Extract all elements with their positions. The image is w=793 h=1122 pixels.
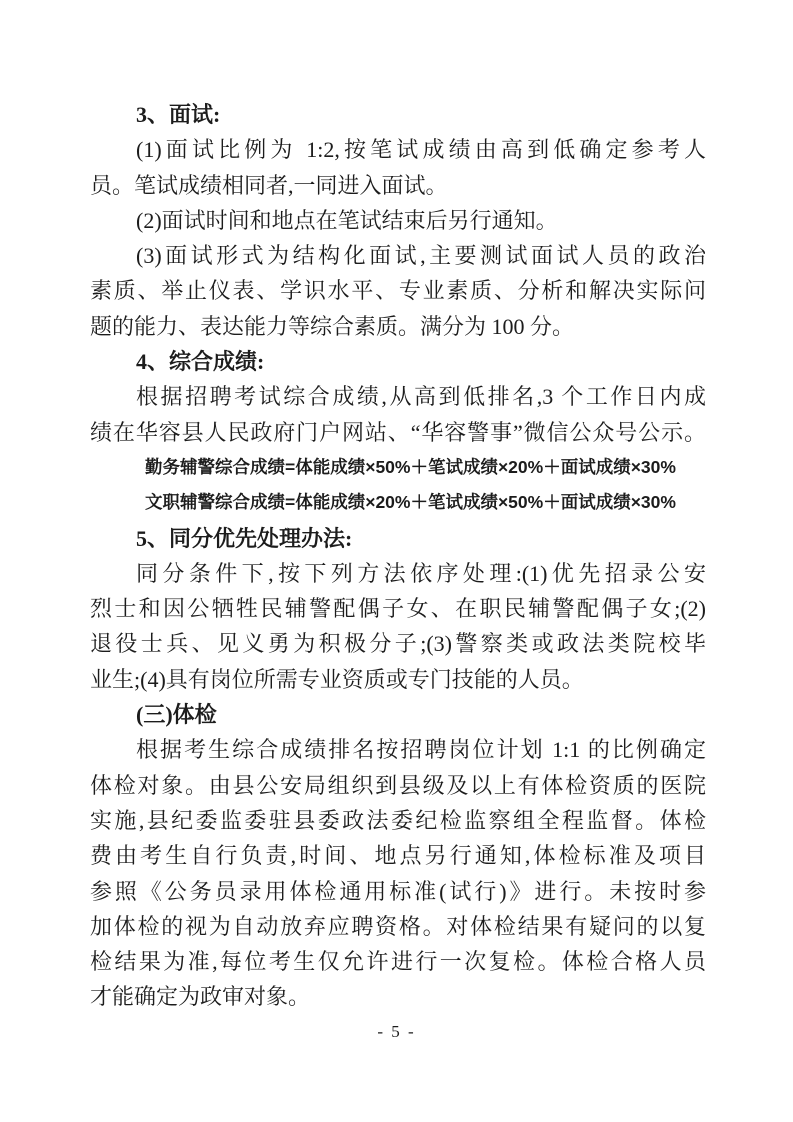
- text-line: 参照《公务员录用体检通用标准(试行)》进行。未按时参: [90, 874, 706, 909]
- text-line: 体检对象。由县公安局组织到县级及以上有体检资质的医院: [90, 768, 706, 803]
- text-line: (1)面试比例为 1:2,按笔试成绩由高到低确定参考人: [90, 132, 706, 167]
- text-line: 同分条件下,按下列方法依序处理:(1)优先招录公安: [90, 556, 706, 591]
- formula-clerical-auxiliary-police: 文职辅警综合成绩=体能成绩×20%＋笔试成绩×50%＋面试成绩×30%: [90, 485, 706, 520]
- formula-duty-auxiliary-police: 勤务辅警综合成绩=体能成绩×50%＋笔试成绩×20%＋面试成绩×30%: [90, 450, 706, 485]
- document-page: 3、面试: (1)面试比例为 1:2,按笔试成绩由高到低确定参考人 员。笔试成绩…: [0, 0, 793, 1122]
- text-line: 才能确定为政审对象。: [90, 979, 706, 1014]
- text-line: 业生;(4)具有岗位所需专业资质或专门技能的人员。: [90, 662, 706, 697]
- heading-physical-exam: (三)体检: [90, 697, 706, 732]
- text-line: 费由考生自行负责,时间、地点另行通知,体检标准及项目: [90, 838, 706, 873]
- text-line: (2)面试时间和地点在笔试结束后另行通知。: [90, 203, 706, 238]
- text-line: 加体检的视为自动放弃应聘资格。对体检结果有疑问的以复: [90, 909, 706, 944]
- text-line: 根据考生综合成绩排名按招聘岗位计划 1:1 的比例确定: [90, 732, 706, 767]
- document-body: 3、面试: (1)面试比例为 1:2,按笔试成绩由高到低确定参考人 员。笔试成绩…: [90, 97, 706, 1015]
- text-line: 员。笔试成绩相同者,一同进入面试。: [90, 168, 706, 203]
- text-line: (3)面试形式为结构化面试,主要测试面试人员的政治: [90, 238, 706, 273]
- text-line: 绩在华容县人民政府门户网站、“华容警事”微信公众号公示。: [90, 415, 706, 450]
- text-line: 检结果为准,每位考生仅允许进行一次复检。体检合格人员: [90, 944, 706, 979]
- text-line: 根据招聘考试综合成绩,从高到低排名,3 个工作日内成: [90, 379, 706, 414]
- text-line: 退役士兵、见义勇为积极分子;(3)警察类或政法类院校毕: [90, 626, 706, 661]
- heading-composite-score: 4、综合成绩:: [90, 344, 706, 379]
- text-line: 实施,县纪委监委驻县委政法委纪检监察组全程监督。体检: [90, 803, 706, 838]
- page-number: - 5 -: [0, 1022, 793, 1042]
- text-line: 烈士和因公牺牲民辅警配偶子女、在职民辅警配偶子女;(2): [90, 591, 706, 626]
- heading-tie-break-rules: 5、同分优先处理办法:: [90, 521, 706, 556]
- text-line: 素质、举止仪表、学识水平、专业素质、分析和解决实际问: [90, 273, 706, 308]
- text-line: 题的能力、表达能力等综合素质。满分为 100 分。: [90, 309, 706, 344]
- heading-interview: 3、面试:: [90, 97, 706, 132]
